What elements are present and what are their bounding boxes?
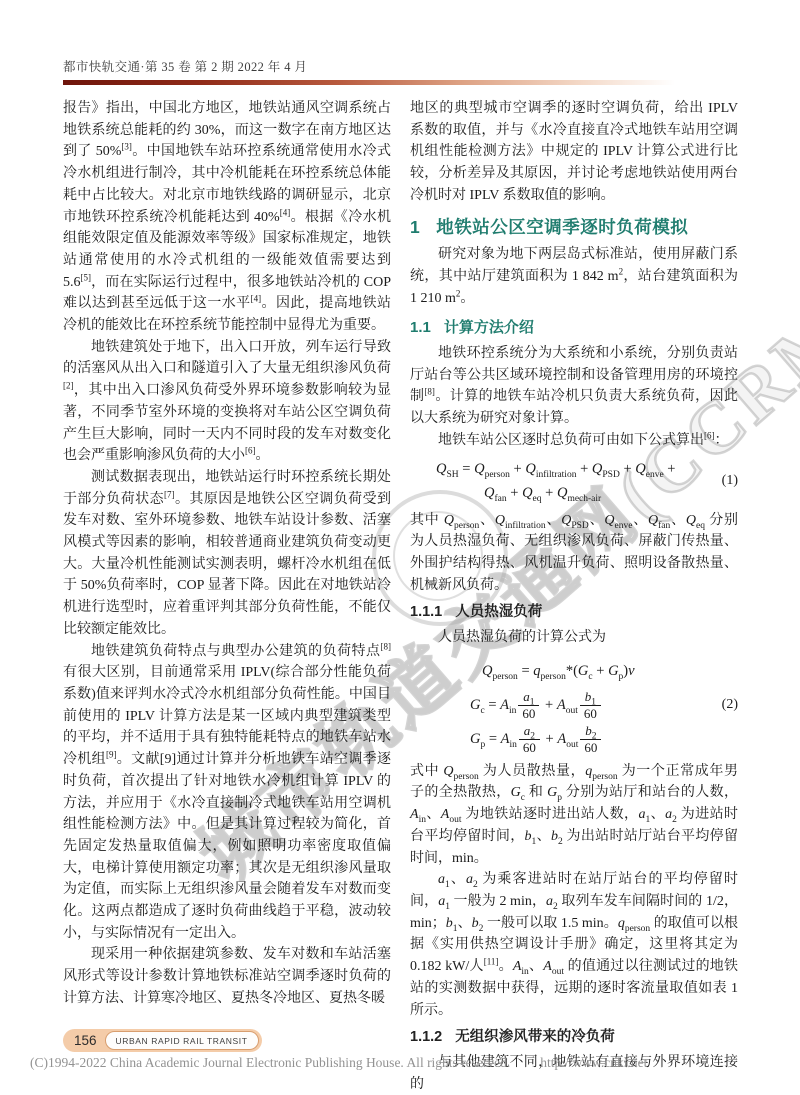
subsubsection-heading-1-1-2: 1.1.2无组织渗风带来的冷负荷: [410, 1027, 738, 1049]
subsubsection-title: 人员热湿负荷: [455, 604, 542, 620]
subsection-number: 1.1: [410, 319, 431, 336]
equation-line: Qfan + Qeq + Qmech-air: [410, 481, 702, 505]
copyright-text: (C)1994-2022 China Academic Journal Elec…: [30, 1055, 510, 1070]
copyright-line: (C)1994-2022 China Academic Journal Elec…: [30, 1055, 790, 1071]
section-number: 1: [410, 217, 420, 237]
body-paragraph: 测试数据表现出，地铁站运行时环控系统长期处于部分负荷状态[7]。其原因是地铁公区…: [63, 467, 391, 641]
left-column: 报告》指出，中国北方地区，地铁站通风空调系统占地铁系统总能耗的约 30%，而这一…: [63, 98, 391, 1010]
body-paragraph: 地铁环控系统分为大系统和小系统，分别负责站厅站台等公共区域环境控制和设备管理用房…: [410, 343, 738, 430]
body-paragraph: 现采用一种依据建筑参数、发车对数和车站活塞风形式等设计参数计算地铁标准站空调季逐…: [63, 944, 391, 1009]
body-paragraph: 式中 Qperson 为人员散热量，qperson 为一个正常成年男子的全热散热…: [410, 761, 738, 870]
body-paragraph: 地区的典型城市空调季的逐时空调负荷，给出 IPLV 系数的取值，并与《水冷直接直…: [410, 98, 738, 207]
body-paragraph: a1、a2 为乘客进站时在站厅站台的平均停留时间，a1 一般为 2 min，a2…: [410, 869, 738, 1021]
journal-header-line: 都市快轨交通·第 35 卷 第 2 期 2022 年 4 月: [63, 57, 307, 75]
body-paragraph: 报告》指出，中国北方地区，地铁站通风空调系统占地铁系统总能耗的约 30%，而这一…: [63, 98, 391, 337]
equation-1-lines: QSH = Qperson + Qinfiltration + QPSD + Q…: [410, 457, 702, 505]
right-column: 地区的典型城市空调季的逐时空调负荷，给出 IPLV 系数的取值，并与《水冷直接直…: [410, 98, 738, 1095]
body-paragraph: 人员热湿负荷的计算公式为: [410, 627, 738, 649]
header-rule-divider: [63, 80, 675, 85]
journal-english-name: URBAN RAPID RAIL TRANSIT: [116, 1036, 248, 1046]
journal-name-pill: URBAN RAPID RAIL TRANSIT: [105, 1031, 259, 1050]
equation-2: Qperson = qperson*(Gc + Gp)v Gc = Aina16…: [410, 654, 738, 756]
equation-line: QSH = Qperson + Qinfiltration + QPSD + Q…: [410, 457, 702, 481]
subsection-title: 计算方法介绍: [444, 319, 534, 336]
subsection-heading-1-1: 1.1计算方法介绍: [410, 317, 738, 339]
equation-2-lines: Qperson = qperson*(Gc + Gp)v Gc = Aina16…: [410, 654, 702, 756]
subsubsection-number: 1.1.2: [410, 1029, 442, 1045]
equation-1: QSH = Qperson + Qinfiltration + QPSD + Q…: [410, 457, 738, 505]
page-number-badge: 156 URBAN RAPID RAIL TRANSIT: [63, 1029, 262, 1052]
equation-number: (1): [702, 470, 738, 492]
body-paragraph: 地铁车站公区逐时总负荷可由如下公式算出[6]：: [410, 430, 738, 452]
body-paragraph: 研究对象为地下两层岛式标准站，使用屏蔽门系统，其中站厅建筑面积为 1 842 m…: [410, 244, 738, 309]
equation-number: (2): [702, 694, 738, 716]
equation-line: Gc = Aina160 + Aoutb160: [410, 688, 702, 722]
subsubsection-heading-1-1-1: 1.1.1人员热湿负荷: [410, 602, 738, 624]
subsubsection-title: 无组织渗风带来的冷负荷: [455, 1029, 615, 1045]
equation-line: Qperson = qperson*(Gc + Gp)v: [410, 654, 702, 688]
body-paragraph: 其中 Qperson、Qinfiltration、QPSD、Qenve、Qfan…: [410, 510, 738, 597]
section-title: 地铁站公区空调季逐时负荷模拟: [436, 217, 688, 237]
page-number: 156: [74, 1033, 97, 1048]
body-paragraph: 地铁建筑负荷特点与典型办公建筑的负荷特点[8]有很大区别，目前通常采用 IPLV…: [63, 641, 391, 945]
subsubsection-number: 1.1.1: [410, 604, 442, 620]
equation-line: Gp = Aina260 + Aoutb260: [410, 722, 702, 756]
section-heading-1: 1地铁站公区空调季逐时负荷模拟: [410, 217, 738, 239]
cnki-url: http://www.cnki.net: [540, 1055, 647, 1070]
body-paragraph: 地铁建筑处于地下，出入口开放，列车运行导致的活塞风从出入口和隧道引入了大量无组织…: [63, 337, 391, 467]
